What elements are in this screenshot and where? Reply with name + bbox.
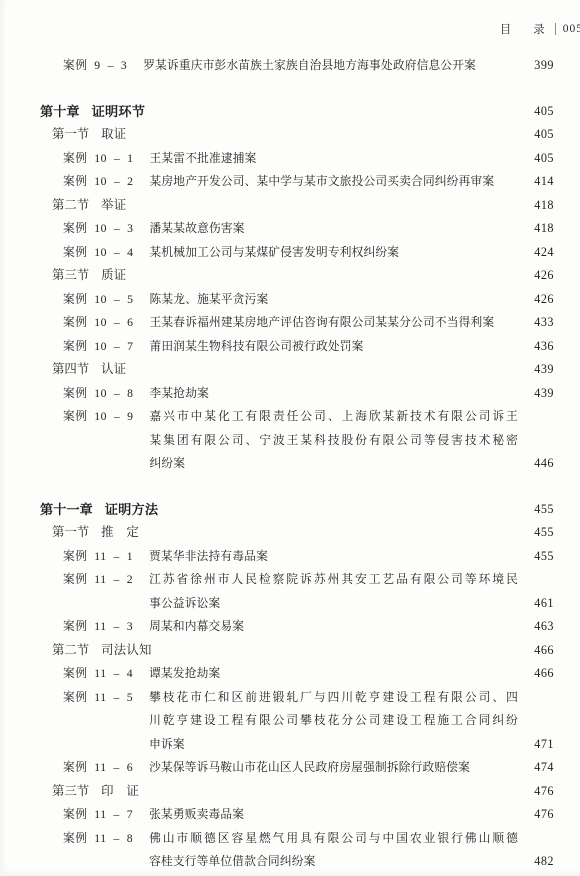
- toc-entry: 案例 10 – 6王某春诉福州建某房地产评估咨询有限公司某某分公司不当得利案43…: [40, 311, 554, 335]
- entry-title: 质证: [101, 264, 518, 288]
- entry-title: 某房地产开发公司、某中学与某市文旅投公司买卖合同纠纷再审案: [150, 170, 518, 194]
- entry-title-line: 陈某龙、施某平贪污案: [150, 288, 518, 312]
- entry-page-number: 426: [518, 288, 554, 312]
- entry-title-line: 王某雷不批准逮捕案: [150, 147, 518, 171]
- entry-title-line: 事公益诉讼案: [149, 592, 518, 616]
- entry-title: 嘉兴市中某化工有限责任公司、上海欣某新技术有限公司诉王某集团有限公司、宁波王某科…: [150, 405, 518, 476]
- entry-page-number: 405: [518, 123, 554, 147]
- entry-label: 第三节: [52, 780, 89, 804]
- entry-title-line: 王某春诉福州建某房地产评估咨询有限公司某某分公司不当得利案: [150, 311, 518, 335]
- toc-entry: 案例 10 – 5陈某龙、施某平贪污案426: [40, 288, 554, 312]
- entry-page-number: 476: [518, 780, 554, 804]
- toc-entry: 第四节认证439: [40, 358, 554, 382]
- entry-page-number: 461: [518, 592, 554, 616]
- entry-title-line: 谭某发抢劫案: [149, 662, 518, 686]
- entry-title-line: 认证: [101, 358, 518, 382]
- toc-entry: 案例 11 – 4谭某发抢劫案466: [40, 662, 554, 686]
- toc-entry: 案例 11 – 2江苏省徐州市人民检察院诉苏州其安工艺品有限公司等环境民事公益诉…: [40, 568, 554, 615]
- toc-entry: 案例 9 – 3罗某诉重庆市彭水苗族土家族自治县地方海事处政府信息公开案399: [40, 54, 554, 78]
- entry-label: 案例 10 – 8: [63, 382, 134, 406]
- entry-label: 第三节: [52, 264, 89, 288]
- entry-title-line: 周某和内幕交易案: [149, 615, 518, 639]
- entry-title: 周某和内幕交易案: [149, 615, 518, 639]
- entry-label: 案例 10 – 4: [63, 241, 134, 265]
- entry-title-line: 某集团有限公司、宁波王某科技股份有限公司等侵害技术秘密: [150, 429, 518, 453]
- entry-title: 潘某某故意伤害案: [150, 217, 518, 241]
- entry-label: 案例 11 – 3: [63, 615, 133, 639]
- entry-title: 罗某诉重庆市彭水苗族土家族自治县地方海事处政府信息公开案: [143, 54, 518, 78]
- entry-title-line: 某房地产开发公司、某中学与某市文旅投公司买卖合同纠纷再审案: [150, 170, 518, 194]
- entry-label: 案例 11 – 5: [63, 686, 133, 710]
- entry-title-line: 嘉兴市中某化工有限责任公司、上海欣某新技术有限公司诉王: [150, 405, 518, 429]
- toc-entry: 案例 11 – 6沙某保等诉马鞍山市花山区人民政府房屋强制拆除行政赔偿案474: [40, 756, 554, 780]
- entry-label: 案例 11 – 4: [63, 662, 133, 686]
- entry-page-number: 439: [518, 358, 554, 382]
- entry-label: 案例 10 – 6: [63, 311, 134, 335]
- entry-page-number: 436: [518, 335, 554, 359]
- entry-title-line: 取证: [101, 123, 518, 147]
- entry-title: 印 证: [101, 780, 518, 804]
- toc-entry: 第三节质证426: [40, 264, 554, 288]
- entry-title-line: 莆田润某生物科技有限公司被行政处罚案: [150, 335, 518, 359]
- entry-title-line: 李某抢劫案: [150, 382, 518, 406]
- entry-title: 某机械加工公司与某煤矿侵害发明专利权纠纷案: [150, 241, 518, 265]
- entry-title-line: 印 证: [101, 780, 518, 804]
- toc-entry: 案例 10 – 7莆田润某生物科技有限公司被行政处罚案436: [40, 335, 554, 359]
- toc-entry: 案例 10 – 3潘某某故意伤害案418: [40, 217, 554, 241]
- entry-title-line: 申诉案: [149, 733, 518, 757]
- entry-page-number: 466: [518, 662, 554, 686]
- toc-entry: 案例 10 – 9嘉兴市中某化工有限责任公司、上海欣某新技术有限公司诉王某集团有…: [40, 405, 554, 476]
- entry-label: 案例 10 – 1: [63, 147, 134, 171]
- entry-label: 案例 10 – 5: [63, 288, 134, 312]
- entry-label: 案例 11 – 2: [63, 568, 133, 592]
- entry-title: 推 定: [101, 521, 518, 545]
- entry-title-line: 攀枝花市仁和区前进锻轧厂与四川乾亨建设工程有限公司、四: [149, 686, 518, 710]
- entry-title-line: 纠纷案: [150, 452, 518, 476]
- entry-page-number: 439: [518, 382, 554, 406]
- entry-title: 江苏省徐州市人民检察院诉苏州其安工艺品有限公司等环境民事公益诉讼案: [149, 568, 518, 615]
- entry-title: 李某抢劫案: [150, 382, 518, 406]
- entry-title-line: 证明方法: [105, 498, 518, 522]
- entry-label: 第二节: [52, 194, 89, 218]
- entry-page-number: 466: [518, 639, 554, 663]
- entry-page-number: 399: [518, 54, 554, 78]
- entry-title: 司法认知: [101, 639, 518, 663]
- entry-title: 证明环节: [92, 100, 518, 124]
- entry-page-number: 405: [518, 147, 554, 171]
- entry-label: 案例 11 – 8: [63, 827, 133, 851]
- entry-page-number: 405: [518, 100, 554, 124]
- toc-entry: 第一节推 定455: [40, 521, 554, 545]
- toc-entry: 案例 10 – 8李某抢劫案439: [40, 382, 554, 406]
- entry-title: 莆田润某生物科技有限公司被行政处罚案: [150, 335, 518, 359]
- entry-page-number: 418: [518, 194, 554, 218]
- entry-page-number: 414: [518, 170, 554, 194]
- entry-label: 第一节: [52, 123, 89, 147]
- entry-title: 佛山市顺德区容星燃气用具有限公司与中国农业银行佛山顺德容桂支行等单位借款合同纠纷…: [149, 827, 518, 874]
- toc-entry: 第二节司法认知466: [40, 639, 554, 663]
- toc-page: 目 录 005 案例 9 – 3罗某诉重庆市彭水苗族土家族自治县地方海事处政府信…: [0, 0, 580, 876]
- toc-entry: 第三节印 证476: [40, 780, 554, 804]
- entry-title-line: 容桂支行等单位借款合同纠纷案: [149, 850, 518, 874]
- toc-entry: 第二节举证418: [40, 194, 554, 218]
- entry-title: 王某雷不批准逮捕案: [150, 147, 518, 171]
- entry-title-line: 川乾亨建设工程有限公司攀枝花分公司建设工程施工合同纠纷: [149, 709, 518, 733]
- toc-entry: 第一节取证405: [40, 123, 554, 147]
- entry-page-number: 446: [518, 452, 554, 476]
- entry-label: 案例 10 – 3: [63, 217, 134, 241]
- entry-title: 取证: [101, 123, 518, 147]
- entry-title: 张某勇贩卖毒品案: [149, 803, 518, 827]
- entry-title-line: 司法认知: [101, 639, 518, 663]
- entry-title-line: 贾某华非法持有毒品案: [149, 545, 518, 569]
- entry-label: 第四节: [52, 358, 89, 382]
- entry-title-line: 沙某保等诉马鞍山市花山区人民政府房屋强制拆除行政赔偿案: [149, 756, 518, 780]
- entry-title: 攀枝花市仁和区前进锻轧厂与四川乾亨建设工程有限公司、四川乾亨建设工程有限公司攀枝…: [149, 686, 518, 757]
- toc-entry: 案例 11 – 5攀枝花市仁和区前进锻轧厂与四川乾亨建设工程有限公司、四川乾亨建…: [40, 686, 554, 757]
- entry-title: 贾某华非法持有毒品案: [149, 545, 518, 569]
- entry-page-number: 424: [518, 241, 554, 265]
- entry-page-number: 433: [518, 311, 554, 335]
- entry-title: 谭某发抢劫案: [149, 662, 518, 686]
- toc-entry: 案例 11 – 7张某勇贩卖毒品案476: [40, 803, 554, 827]
- entry-title-line: 质证: [101, 264, 518, 288]
- toc-entry: 案例 11 – 8佛山市顺德区容星燃气用具有限公司与中国农业银行佛山顺德容桂支行…: [40, 827, 554, 874]
- entry-title-line: 举证: [101, 194, 518, 218]
- entry-page-number: 471: [518, 733, 554, 757]
- toc-entry: 案例 11 – 1贾某华非法持有毒品案455: [40, 545, 554, 569]
- entry-title: 陈某龙、施某平贪污案: [150, 288, 518, 312]
- entry-page-number: 476: [518, 803, 554, 827]
- entry-page-number: 482: [518, 850, 554, 874]
- entry-title: 证明方法: [105, 498, 518, 522]
- entry-title: 举证: [101, 194, 518, 218]
- entry-page-number: 455: [518, 521, 554, 545]
- entry-label: 案例 10 – 9: [63, 405, 134, 429]
- entry-title: 王某春诉福州建某房地产评估咨询有限公司某某分公司不当得利案: [150, 311, 518, 335]
- entry-label: 第二节: [52, 639, 89, 663]
- entry-page-number: 463: [518, 615, 554, 639]
- toc-entry: 案例 11 – 3周某和内幕交易案463: [40, 615, 554, 639]
- entry-label: 案例 9 – 3: [63, 54, 127, 78]
- entry-page-number: 426: [518, 264, 554, 288]
- entry-title-line: 江苏省徐州市人民检察院诉苏州其安工艺品有限公司等环境民: [149, 568, 518, 592]
- entry-title-line: 潘某某故意伤害案: [150, 217, 518, 241]
- toc-entry: 案例 10 – 1王某雷不批准逮捕案405: [40, 147, 554, 171]
- entry-title-line: 推 定: [101, 521, 518, 545]
- entry-label: 第十一章: [40, 498, 93, 522]
- table-of-contents: 案例 9 – 3罗某诉重庆市彭水苗族土家族自治县地方海事处政府信息公开案399第…: [0, 0, 580, 874]
- entry-page-number: 418: [518, 217, 554, 241]
- toc-entry: 第十章证明环节405: [40, 100, 554, 124]
- entry-label: 第十章: [40, 100, 80, 124]
- entry-label: 案例 11 – 7: [63, 803, 133, 827]
- entry-title: 沙某保等诉马鞍山市花山区人民政府房屋强制拆除行政赔偿案: [149, 756, 518, 780]
- toc-entry: 案例 10 – 2某房地产开发公司、某中学与某市文旅投公司买卖合同纠纷再审案41…: [40, 170, 554, 194]
- entry-label: 案例 11 – 1: [63, 545, 133, 569]
- entry-title: 认证: [101, 358, 518, 382]
- entry-page-number: 455: [518, 545, 554, 569]
- entry-label: 案例 10 – 2: [63, 170, 134, 194]
- entry-label: 案例 11 – 6: [63, 756, 133, 780]
- toc-entry: 案例 10 – 4某机械加工公司与某煤矿侵害发明专利权纠纷案424: [40, 241, 554, 265]
- entry-page-number: 455: [518, 498, 554, 522]
- entry-title-line: 张某勇贩卖毒品案: [149, 803, 518, 827]
- entry-title-line: 佛山市顺德区容星燃气用具有限公司与中国农业银行佛山顺德: [149, 827, 518, 851]
- entry-title-line: 证明环节: [92, 100, 518, 124]
- entry-title-line: 罗某诉重庆市彭水苗族土家族自治县地方海事处政府信息公开案: [143, 54, 518, 78]
- entry-page-number: 474: [518, 756, 554, 780]
- toc-entry: 第十一章证明方法455: [40, 498, 554, 522]
- entry-title-line: 某机械加工公司与某煤矿侵害发明专利权纠纷案: [150, 241, 518, 265]
- entry-label: 案例 10 – 7: [63, 335, 134, 359]
- entry-label: 第一节: [52, 521, 89, 545]
